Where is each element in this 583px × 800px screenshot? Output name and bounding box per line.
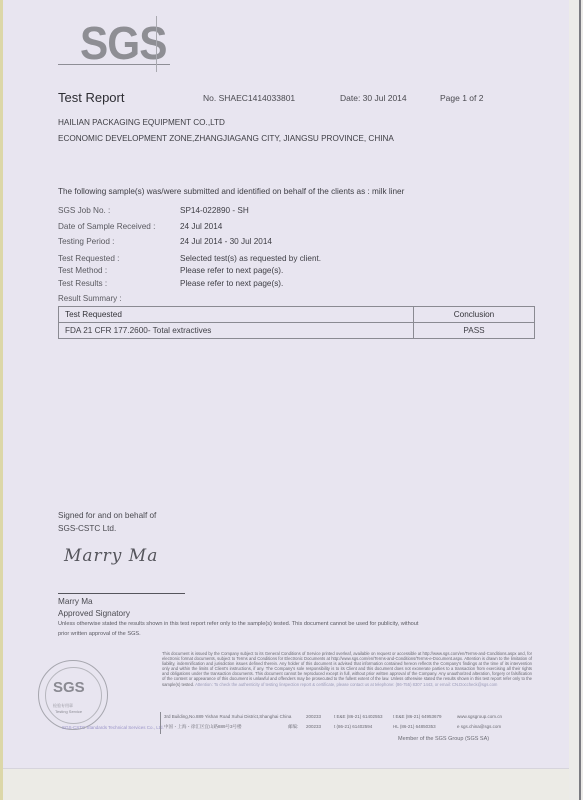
telephone-3: t (86-21) 61402594 [334, 724, 372, 729]
table-header-row: Test Requested Conclusion [59, 307, 535, 323]
field-value-test-results: Please refer to next page(s). [180, 279, 283, 288]
address-cn: 中国・上海・徐汇区宜山路889号3号楼 [164, 724, 242, 730]
disclaimer-line-1: Unless otherwise stated the results show… [58, 621, 418, 627]
signing-company: SGS-CSTC Ltd. [58, 524, 116, 533]
page-indicator: Page 1 of 2 [440, 93, 483, 103]
cell-conclusion: PASS [414, 323, 535, 339]
field-value-test-requested: Selected test(s) as requested by client. [180, 254, 321, 263]
address-cn-zip: 200233 [306, 724, 321, 729]
handwritten-signature: Marry Ma [64, 546, 158, 566]
address-cn-zip-label: 邮编: [288, 724, 298, 730]
sgs-seal-stamp: SGS 检验专用章 Testing Service [38, 660, 108, 730]
stamp-overprint: SGS-CSTC Standards Technical Services Co… [62, 725, 164, 730]
client-address: ECONOMIC DEVELOPMENT ZONE,ZHANGJIAGANG C… [58, 134, 394, 143]
signatory-name: Marry Ma [58, 597, 93, 606]
telephone-1: t E&E (86-21) 61402553 [334, 714, 383, 719]
sample-intro: The following sample(s) was/were submitt… [58, 187, 404, 196]
field-value-test-method: Please refer to next page(s). [180, 266, 283, 275]
address-divider [160, 712, 161, 734]
authenticity-notice: Attention: To check the authenticity of … [195, 682, 497, 687]
field-label-job-no: SGS Job No. : [58, 206, 110, 215]
scan-bottom-strip [3, 768, 569, 800]
telephone-2: t E&E (86-21) 64953679 [393, 714, 442, 719]
seal-logo: SGS [53, 679, 85, 696]
field-label-test-results: Test Results : [58, 279, 107, 288]
sgs-logo: SGS [80, 20, 167, 66]
field-label-testing-period: Testing Period : [58, 237, 114, 246]
report-title: Test Report [58, 90, 124, 105]
signed-on-behalf: Signed for and on behalf of [58, 511, 156, 520]
report-number: No. SHAEC1414033801 [203, 93, 295, 103]
result-summary-table: Test Requested Conclusion FDA 21 CFR 177… [58, 306, 535, 339]
column-header-conclusion: Conclusion [414, 307, 535, 323]
field-label-date-received: Date of Sample Received : [58, 222, 155, 231]
client-name: HAILIAN PACKAGING EQUIPMENT CO.,LTD [58, 118, 225, 127]
cell-test: FDA 21 CFR 177.2600- Total extractives [59, 323, 414, 339]
member-of-sgs-group: Member of the SGS Group (SGS SA) [398, 736, 489, 742]
logo-rule [58, 64, 170, 65]
field-label-test-requested: Test Requested : [58, 254, 119, 263]
page-edge-right [569, 0, 583, 800]
result-summary-label: Result Summary : [58, 294, 122, 303]
telephone-4: HL (86-21) 64850353 [393, 724, 436, 729]
general-conditions-text: This document is issued by the Company s… [162, 651, 532, 687]
seal-en-text: Testing Service [55, 709, 82, 714]
report-date: Date: 30 Jul 2014 [340, 93, 407, 103]
field-value-testing-period: 24 Jul 2014 - 30 Jul 2014 [180, 237, 272, 246]
signature-line [58, 593, 185, 594]
logo-rule-vertical [156, 16, 157, 72]
disclaimer-line-2: prior written approval of the SGS. [58, 631, 141, 637]
website-link[interactable]: www.sgsgroup.com.cn [457, 714, 502, 719]
address-en-zip: 200233 [306, 714, 321, 719]
field-value-date-received: 24 Jul 2014 [180, 222, 222, 231]
field-label-test-method: Test Method : [58, 266, 107, 275]
signatory-role: Approved Signatory [58, 609, 130, 618]
email-link[interactable]: e sgs.china@sgs.com [457, 724, 501, 729]
field-value-job-no: SP14-022890 - SH [180, 206, 249, 215]
table-row: FDA 21 CFR 177.2600- Total extractives P… [59, 323, 535, 339]
address-en: 3rd Building,No.889 Yishan Road Xuhui Di… [164, 714, 291, 719]
column-header-test: Test Requested [59, 307, 414, 323]
